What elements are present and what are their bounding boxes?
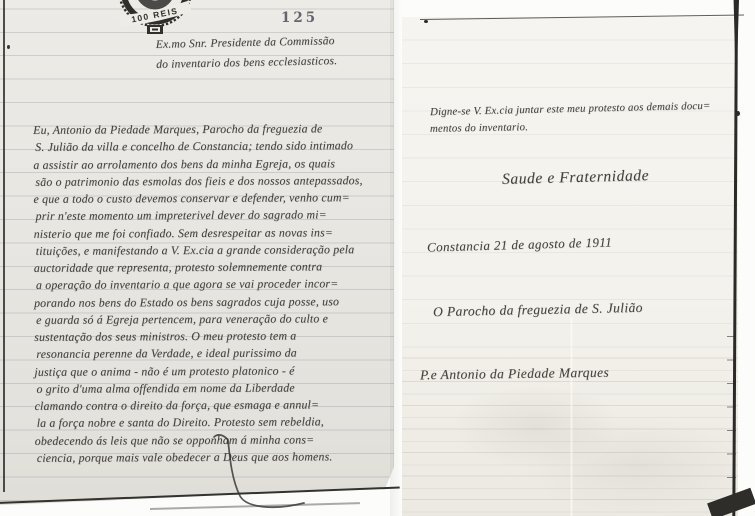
body-line: sustentação dos seus ministros. O meu pr… (34, 327, 368, 346)
body-line: tituições, e manifestando a V. Ex.cia a … (36, 241, 368, 260)
body-line: são o patrimonio das esmolas dos fieis e… (35, 172, 367, 191)
body-line: a assistir ao arrolamento dos bens da mi… (33, 155, 367, 174)
valediction: Saude e Fraternidade (502, 167, 650, 189)
body-line: resonancia perenne da Verdade, e ideal p… (36, 344, 368, 363)
request-line: mentos do inventario. (430, 121, 528, 135)
edge-knot (736, 111, 740, 116)
body-line: e guarda só á Egreja pertencem, para ven… (36, 310, 368, 329)
body-line: S. Julião da villa e concelho de Constan… (35, 137, 367, 156)
body-line: a operação do inventario a que agora se … (36, 275, 368, 294)
body-line: prir n'este momento um impreterivel deve… (36, 206, 368, 225)
body-line: clamando contra o direito da força, que … (35, 396, 369, 415)
body-line: e que a todo o custo devemos conservar e… (33, 189, 367, 208)
letter-body: Eu, Antonio da Piedade Marques, Parocho … (33, 120, 369, 467)
paper-fold-highlight (570, 317, 573, 516)
page-number: 125 (281, 10, 318, 26)
left-binding-edge (3, 0, 5, 492)
right-page-paper (402, 17, 738, 516)
salutation-block: Ex.mo Snr. Presidente da Commissão do in… (156, 31, 338, 75)
signature: P.e Antonio da Piedade Marques (420, 365, 609, 384)
salutation-line: do inventario dos bens ecclesiasticos. (156, 51, 337, 75)
body-line: nisterio que me foi confiado. Sem desres… (34, 224, 368, 243)
body-line: o grito d'uma alma offendida em nome da … (36, 379, 368, 398)
body-line: Eu, Antonio da Piedade Marques, Parocho … (33, 120, 367, 139)
body-line: justiça que o anima - não é um protesto … (34, 362, 368, 381)
ink-speck (7, 45, 10, 49)
body-line: auctoridade que representa, protesto sol… (34, 258, 368, 277)
body-line: porando nos bens do Estado os bens sagra… (34, 293, 368, 312)
edge-dot (424, 20, 428, 23)
page-edge-rule-ticks (727, 336, 736, 516)
document-scan: 100 REIS 125 Ex.mo Snr. Presidente da Co… (0, 0, 755, 516)
